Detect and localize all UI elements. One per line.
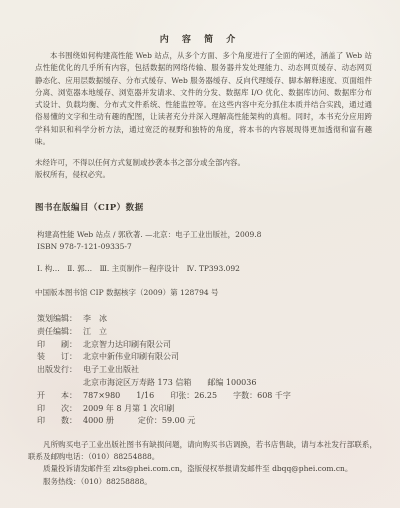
cip-record-number: 中国版本图书馆 CIP 数据核字（2009）第 128794 号 xyxy=(35,287,375,299)
colophon-row-publisher: 出版发行： 电子工业出版社 xyxy=(37,364,375,377)
cip-entry: 构建高性能 Web 站点 / 郭欣著. —北京：电子工业出版社，2009.8 xyxy=(37,229,372,241)
colophon-row-format: 开 本： 787×980 1/16 印张：26.25 字数：608 千字 xyxy=(37,390,375,403)
colophon-value: 787×980 1/16 印张：26.25 字数：608 千字 xyxy=(83,390,375,403)
copyright-notice: 未经许可，不得以任何方式复制或抄袭本书之部分或全部内容。 版权所有，侵权必究。 xyxy=(35,157,375,182)
colophon-row-print-run-date: 印 次： 2009 年 8 月第 1 次印刷 xyxy=(37,403,375,416)
colophon-value: 李 冰 xyxy=(83,313,375,326)
colophon-label xyxy=(37,377,83,390)
colophon-value: 江 立 xyxy=(83,326,375,339)
colophon-row-publisher-address: 北京市海淀区万寿路 173 信箱 邮编 100036 xyxy=(37,377,375,390)
colophon: 策划编辑： 李 冰 责任编辑： 江 立 印 刷： 北京智力达印刷有限公司 装 订… xyxy=(37,313,375,428)
book-copyright-page: 内 容 简 介 本书围绕如何构建高性能 Web 站点，从多个方面、多个角度进行了… xyxy=(0,0,400,508)
colophon-label: 出版发行： xyxy=(37,364,83,377)
colophon-label: 装 订： xyxy=(37,351,83,364)
colophon-value: 2009 年 8 月第 1 次印刷 xyxy=(83,403,375,416)
cip-entry-block: 构建高性能 Web 站点 / 郭欣著. —北京：电子工业出版社，2009.8 I… xyxy=(37,229,372,254)
colophon-row-responsible-editor: 责任编辑： 江 立 xyxy=(37,326,375,339)
isbn: ISBN 978-7-121-09335-7 xyxy=(37,241,372,253)
all-rights-reserved-line: 版权所有，侵权必究。 xyxy=(35,169,375,181)
colophon-label: 印 刷： xyxy=(37,339,83,352)
content-intro-paragraph: 本书围绕如何构建高性能 Web 站点，从多个方面、多个角度进行了全面的阐述，涵盖… xyxy=(35,50,372,148)
cip-classification: Ⅰ. 构… Ⅱ. 郭… Ⅲ. 主页制作－程序设计 Ⅳ. TP393.092 xyxy=(37,263,372,275)
colophon-row-binder: 装 订： 北京中新伟业印刷有限公司 xyxy=(37,351,375,364)
colophon-row-printer: 印 刷： 北京智力达印刷有限公司 xyxy=(37,339,375,352)
colophon-label: 印 数： xyxy=(37,415,83,428)
colophon-value: 北京市海淀区万寿路 173 信箱 邮编 100036 xyxy=(83,377,375,390)
content-intro-heading: 内 容 简 介 xyxy=(0,32,400,45)
colophon-value: 北京智力达印刷有限公司 xyxy=(83,339,375,352)
colophon-label: 策划编辑： xyxy=(37,313,83,326)
colophon-label: 责任编辑： xyxy=(37,326,83,339)
cip-section-heading: 图书在版编目（CIP）数据 xyxy=(35,201,144,213)
colophon-label: 开 本： xyxy=(37,390,83,403)
colophon-value: 北京中新伟业印刷有限公司 xyxy=(83,351,375,364)
service-info: 凡所购买电子工业出版社图书有缺损问题，请向购买书店调换，若书店售缺，请与本社发行… xyxy=(28,439,377,488)
service-hotline: 服务热线：（010）88258888。 xyxy=(28,476,377,488)
copy-prohibition-line: 未经许可，不得以任何方式复制或抄袭本书之部分或全部内容。 xyxy=(35,157,375,169)
colophon-row-print-count-price: 印 数： 4000 册 定价：59.00 元 xyxy=(37,415,375,428)
colophon-row-planning-editor: 策划编辑： 李 冰 xyxy=(37,313,375,326)
colophon-value: 4000 册 定价：59.00 元 xyxy=(83,415,375,428)
colophon-value: 电子工业出版社 xyxy=(83,364,375,377)
defective-book-exchange-note: 凡所购买电子工业出版社图书有缺损问题，请向购买书店调换，若书店售缺，请与本社发行… xyxy=(28,439,377,463)
colophon-label: 印 次： xyxy=(37,403,83,416)
quality-complaint-email-note: 质量投诉请发邮件至 zlts@phei.com.cn，盗版侵权举报请发邮件至 d… xyxy=(28,463,377,475)
